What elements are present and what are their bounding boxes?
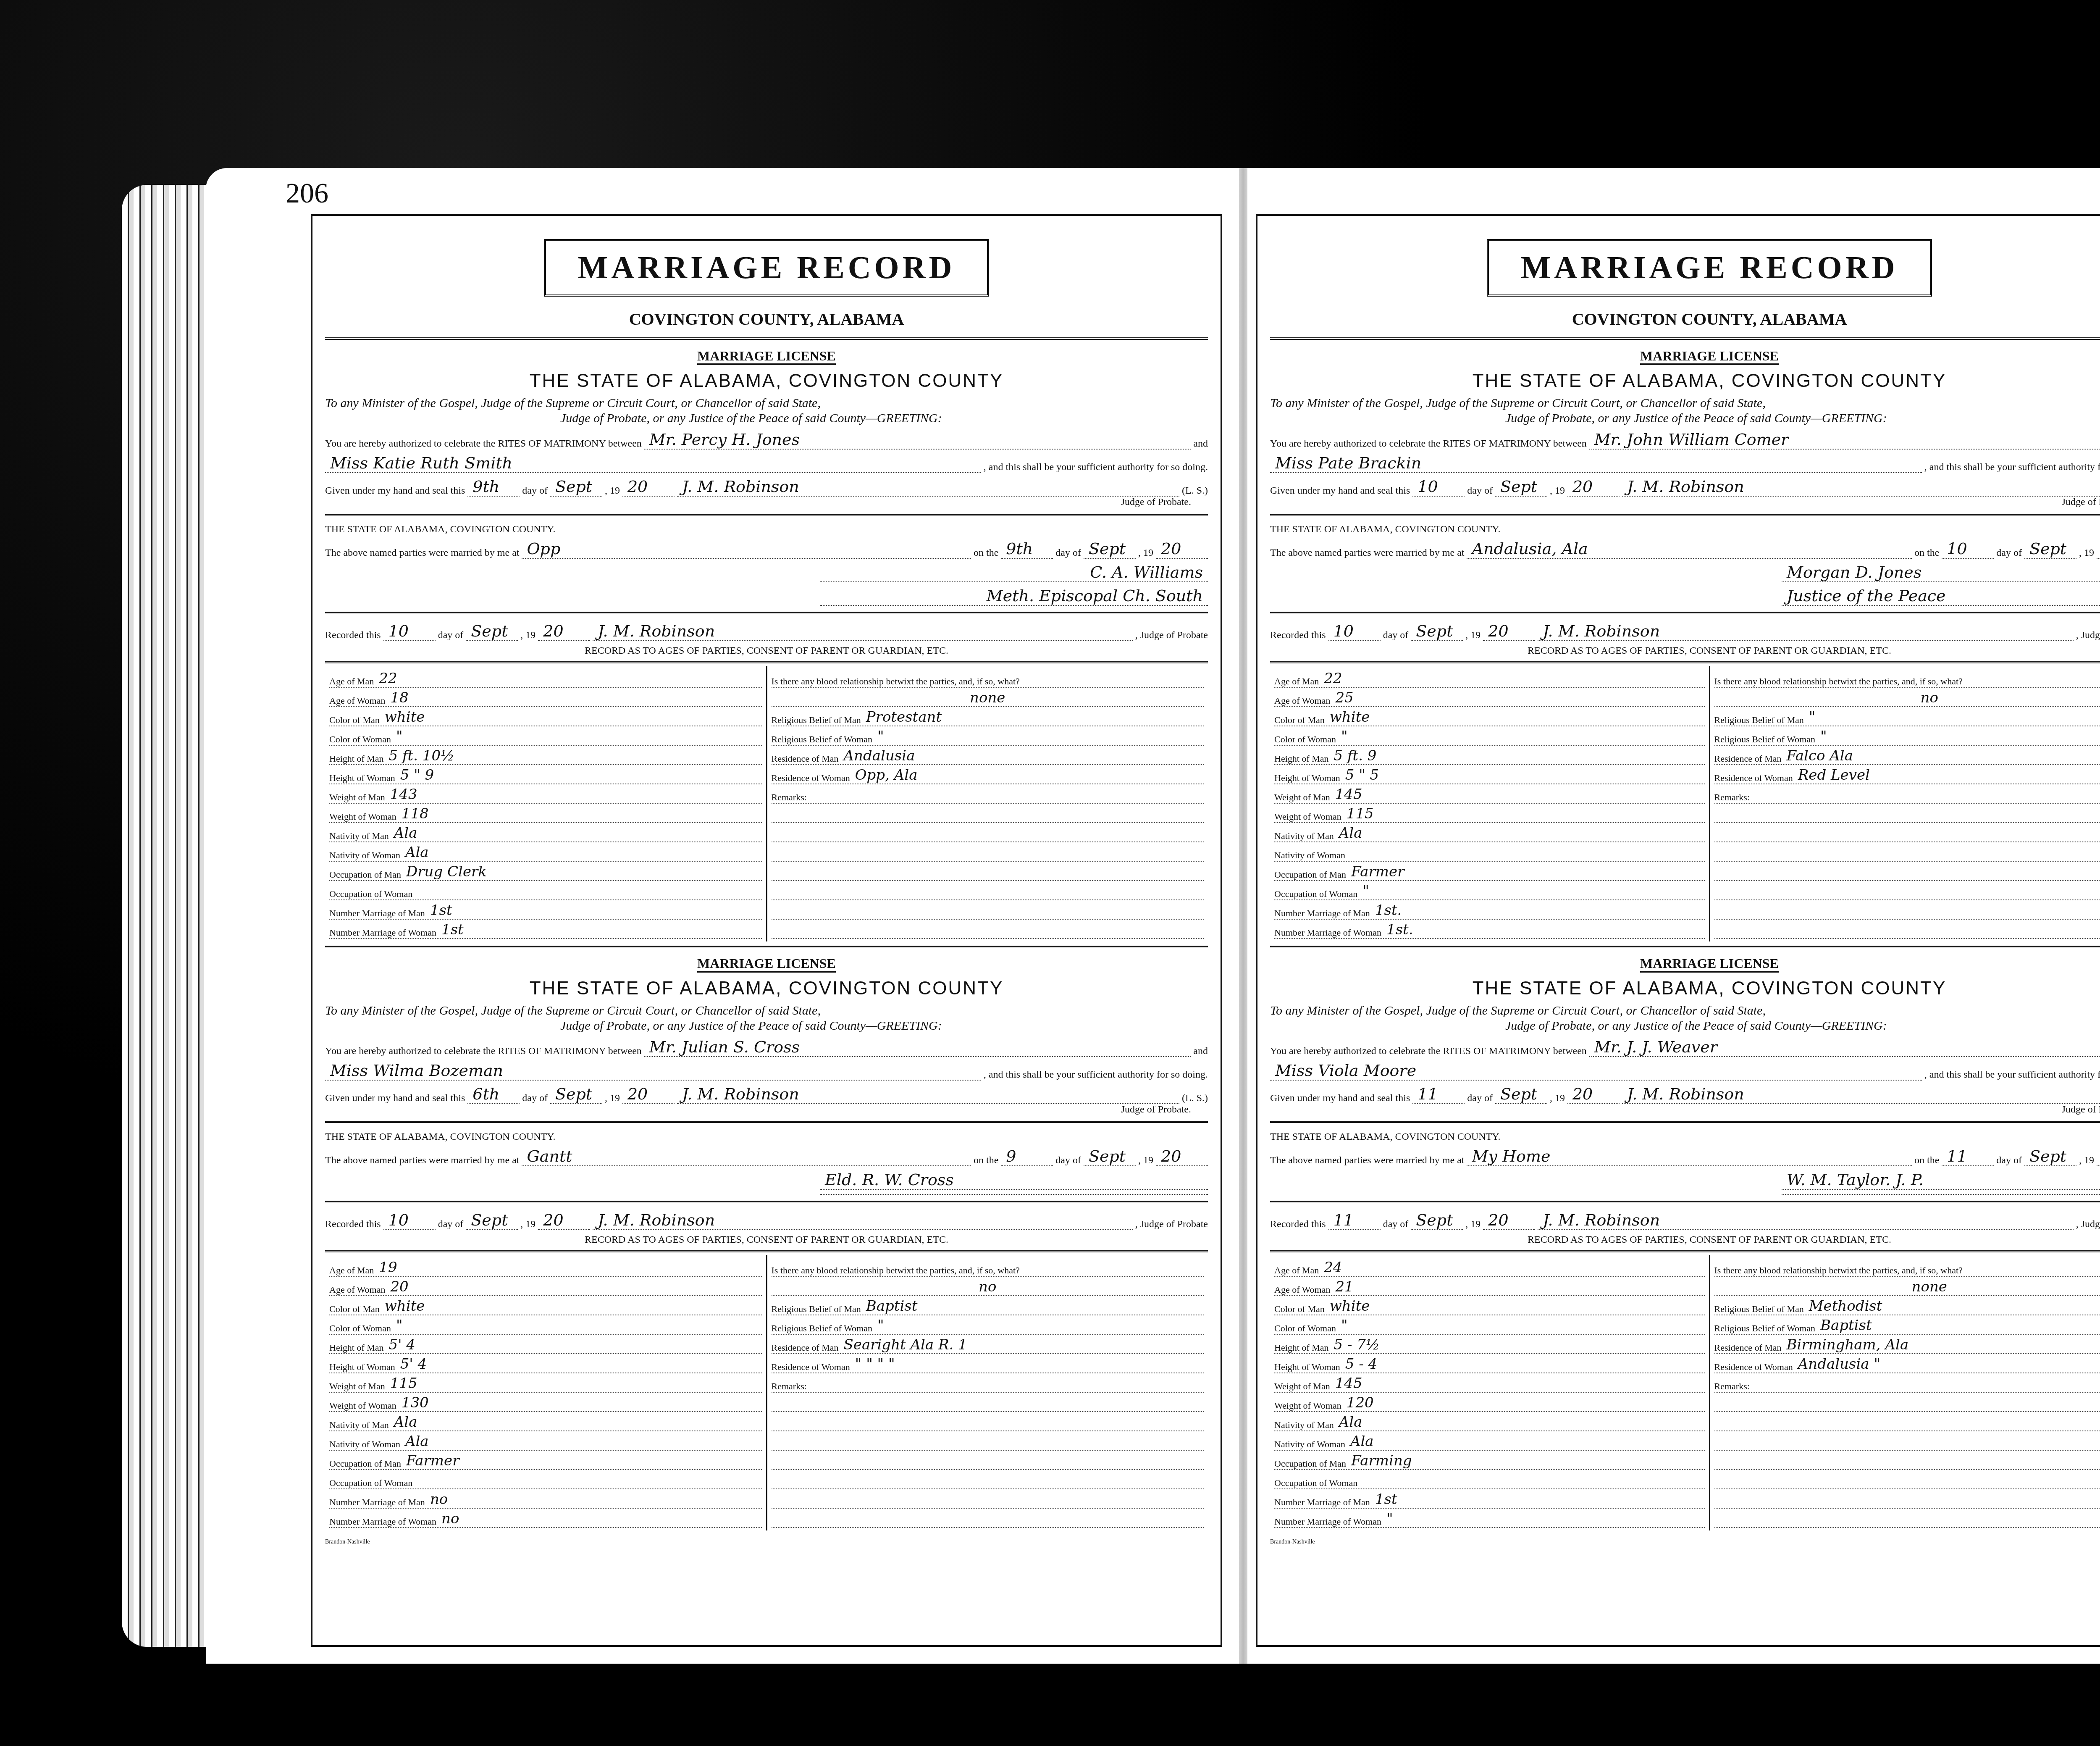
- day-of: day of: [1383, 1219, 1409, 1230]
- left-page-edges: [122, 185, 218, 1647]
- lic-title: MARRIAGE LICENSE: [1270, 956, 2100, 971]
- year-prefix: , 19: [1138, 1155, 1153, 1166]
- f: no: [1714, 688, 2100, 707]
- f: [1714, 1393, 2100, 1412]
- f: Number Marriage of Man1st: [1274, 1489, 1705, 1509]
- nativity-man: Ala: [1339, 825, 1362, 841]
- f: Number Marriage of Woman": [1274, 1509, 1705, 1528]
- f: Nativity of Woman: [1274, 842, 1705, 862]
- marriage-license-record: MARRIAGE LICENSE THE STATE OF ALABAMA, C…: [1270, 348, 2100, 941]
- marriage-record-form: MARRIAGE RECORD COVINGTON COUNTY, ALABAM…: [1256, 214, 2100, 1647]
- f: Occupation of ManFarmer: [329, 1451, 762, 1470]
- greet: To any Minister of the Gospel, Judge of …: [325, 1003, 1208, 1033]
- day-of: day of: [1467, 485, 1493, 497]
- license-year: 20: [1567, 1085, 1620, 1104]
- greeting-line2: Judge of Probate, or any Justice of the …: [1270, 1018, 2100, 1033]
- greeting-line2: Judge of Probate, or any Justice of the …: [1270, 411, 2100, 426]
- printer: Brandon-Nashville: [1270, 1539, 2100, 1546]
- judge-probate2: , Judge of Probate: [1135, 1219, 1208, 1230]
- year-prefix: , 19: [520, 1219, 535, 1230]
- residence-man: Birmingham, Ala: [1787, 1336, 1909, 1353]
- nativity-man: Nativity of Man: [1274, 1420, 1334, 1430]
- occupation-man: Occupation of Man: [1274, 1458, 1346, 1469]
- recorded-day: 10: [383, 1211, 436, 1230]
- on-the: on the: [1914, 547, 1939, 559]
- officiant-title: [1782, 1194, 2100, 1195]
- county-header: COVINGTON COUNTY, ALABAMA: [325, 309, 1208, 340]
- f: [1714, 823, 2100, 842]
- judge: J. M. Robinson: [1622, 1085, 2100, 1104]
- f: [772, 862, 1204, 881]
- day-of: day of: [1055, 547, 1081, 559]
- height-man: Height of Man: [1274, 1342, 1329, 1353]
- f: Nativity of ManAla: [329, 1412, 762, 1431]
- license-month: Sept: [1495, 477, 1547, 497]
- f: Religious Belief of Woman": [772, 1315, 1204, 1335]
- f: Religious Belief of Woman": [772, 726, 1204, 746]
- number-marriage-man: 1st: [430, 902, 452, 919]
- state-header: THE STATE OF ALABAMA, COVINGTON COUNTY: [1270, 978, 2100, 999]
- greeting-line1: To any Minister of the Gospel, Judge of …: [1270, 1003, 2100, 1018]
- residence-man: Residence of Man: [772, 1342, 839, 1353]
- nativity-woman: Ala: [1350, 1433, 1374, 1450]
- married-day: 9: [1001, 1147, 1053, 1166]
- nativity-woman: Nativity of Woman: [329, 850, 400, 861]
- license-year: 20: [622, 1085, 675, 1104]
- remarks: Remarks:: [1714, 792, 1750, 803]
- year-prefix: , 19: [1550, 1093, 1565, 1104]
- f: Height of Woman5' 4: [329, 1354, 762, 1373]
- license-year: 20: [1567, 477, 1620, 497]
- form-title: MARRIAGE RECORD: [1487, 239, 1932, 297]
- f: [1714, 1470, 2100, 1489]
- greeting-line2: Judge of Probate, or any Justice of the …: [325, 1018, 1208, 1033]
- recorded-year: 20: [538, 1211, 590, 1230]
- occupation-woman: Occupation of Woman: [1274, 1478, 1357, 1488]
- bride-name: Miss Viola Moore: [1270, 1061, 1922, 1081]
- occupation-woman: Occupation of Woman: [329, 889, 412, 899]
- f: Residence of ManBirmingham, Ala: [1714, 1335, 2100, 1354]
- f: Residence of ManFalco Ala: [1714, 746, 2100, 765]
- f: [1714, 900, 2100, 920]
- row: Given under my hand and seal this6thday …: [325, 1085, 1208, 1104]
- age-man: Age of Man: [329, 676, 374, 687]
- f: Remarks:: [772, 784, 1204, 804]
- recorded-month: Sept: [1411, 1211, 1463, 1230]
- license-title: MARRIAGE LICENSE: [1640, 956, 1779, 973]
- day-of: day of: [522, 485, 548, 497]
- religion-man: Religious Belief of Man: [772, 1304, 861, 1315]
- judge-probate: Judge of Probate.: [1270, 1104, 2100, 1115]
- on-the: on the: [974, 1155, 998, 1166]
- grid: Age of Man22 Age of Woman18 Color of Man…: [325, 666, 1208, 941]
- sec: Recorded this10day ofSept, 1920J. M. Rob…: [325, 1201, 1208, 1230]
- f: Occupation of ManFarming: [1274, 1451, 1705, 1470]
- religion-woman: Religious Belief of Woman: [1714, 734, 1815, 745]
- f: Number Marriage of Womanno: [329, 1509, 762, 1528]
- f: Height of Man5 ft. 10½: [329, 746, 762, 765]
- state-header: THE STATE OF ALABAMA, COVINGTON COUNTY: [325, 978, 1208, 999]
- number-marriage-man: 1st.: [1375, 902, 1402, 919]
- recorded-month: Sept: [466, 622, 518, 641]
- license-month: Sept: [550, 1085, 602, 1104]
- number-marriage-man: Number Marriage of Man: [1274, 1497, 1370, 1508]
- religion-man: Baptist: [866, 1298, 918, 1315]
- number-marriage-woman: no: [441, 1510, 459, 1527]
- married-at: The above named parties were married by …: [1270, 547, 1464, 559]
- nativity-man: Nativity of Man: [329, 1420, 389, 1430]
- county-header: COVINGTON COUNTY, ALABAMA: [1270, 309, 2100, 340]
- bride-name: Miss Pate Brackin: [1270, 454, 1922, 473]
- height-woman: 5 " 5: [1345, 767, 1379, 784]
- authorized: You are hereby authorized to celebrate t…: [1270, 1046, 1587, 1057]
- f: Occupation of ManDrug Clerk: [329, 862, 762, 881]
- f: Religious Belief of Woman": [1714, 726, 2100, 746]
- f: Weight of Man115: [329, 1373, 762, 1393]
- state-header: THE STATE OF ALABAMA, COVINGTON COUNTY: [325, 371, 1208, 392]
- day-of: day of: [1996, 547, 2022, 559]
- f: Residence of ManAndalusia: [772, 746, 1204, 765]
- state-county: THE STATE OF ALABAMA, COVINGTON COUNTY.: [325, 1131, 1208, 1143]
- blood: Is there any blood relationship betwixt …: [772, 1265, 1020, 1276]
- number-marriage-woman: 1st.: [1386, 921, 1413, 938]
- f: Age of Man22: [329, 668, 762, 688]
- ledger-book: 206 MARRIAGE RECORD COVINGTON COUNTY, AL…: [97, 168, 2100, 1664]
- f: [772, 920, 1204, 939]
- number-marriage-woman: ": [1386, 1510, 1393, 1527]
- judge: J. M. Robinson: [1538, 622, 2073, 641]
- marriage-record-form: MARRIAGE RECORD COVINGTON COUNTY, ALABAM…: [311, 214, 1222, 1647]
- record-ages: RECORD AS TO AGES OF PARTIES, CONSENT OF…: [1270, 1234, 2100, 1252]
- groom-name: Mr. Julian S. Cross: [644, 1038, 1191, 1057]
- f: [772, 1412, 1204, 1431]
- religion-man: Religious Belief of Man: [772, 715, 861, 726]
- license-year: 20: [622, 477, 675, 497]
- religion-man: Protestant: [866, 709, 942, 726]
- f: Is there any blood relationship betwixt …: [1714, 1257, 2100, 1277]
- f: [772, 823, 1204, 842]
- row: Given under my hand and seal this10day o…: [1270, 477, 2100, 497]
- f: Number Marriage of Woman1st: [329, 920, 762, 939]
- grid: Age of Man22 Age of Woman25 Color of Man…: [1270, 666, 2100, 941]
- residence-woman: Residence of Woman: [772, 773, 850, 784]
- judge-probate: Judge of Probate.: [325, 497, 1208, 508]
- f: Nativity of ManAla: [1274, 823, 1705, 842]
- age-woman: Age of Woman: [1274, 695, 1330, 706]
- f: Color of Manwhite: [1274, 707, 1705, 726]
- sec: THE STATE OF ALABAMA, COVINGTON COUNTY. …: [1270, 514, 2100, 606]
- f: Weight of Man143: [329, 784, 762, 804]
- occupation-woman: ": [1362, 883, 1369, 899]
- married-year: 20: [2097, 1147, 2100, 1166]
- married-day: 11: [1942, 1147, 1994, 1166]
- f: [1714, 1509, 2100, 1528]
- blood: Is there any blood relationship betwixt …: [1714, 676, 1963, 687]
- bride-name: Miss Wilma Bozeman: [325, 1061, 981, 1081]
- f: Weight of Woman120: [1274, 1393, 1705, 1412]
- f: [1714, 804, 2100, 823]
- col: Age of Man19 Age of Woman20 Color of Man…: [325, 1255, 767, 1530]
- f: [772, 1509, 1204, 1528]
- f: Age of Woman21: [1274, 1277, 1705, 1296]
- f: Weight of Man145: [1274, 784, 1705, 804]
- printer-imprint: Brandon-Nashville: [325, 1539, 1208, 1546]
- f: Age of Woman25: [1274, 688, 1705, 707]
- number-marriage-woman: 1st: [441, 921, 464, 938]
- row: Given under my hand and seal this9thday …: [325, 477, 1208, 497]
- f: Weight of Woman118: [329, 804, 762, 823]
- nativity-man: Ala: [1339, 1414, 1362, 1430]
- f: Religious Belief of Man": [1714, 707, 2100, 726]
- f: [1714, 862, 2100, 881]
- nativity-woman: Nativity of Woman: [1274, 1439, 1345, 1450]
- greet: To any Minister of the Gospel, Judge of …: [1270, 1003, 2100, 1033]
- relationship-details: Is there any blood relationship betwixt …: [767, 666, 1208, 941]
- f: no: [772, 1277, 1204, 1296]
- ls: (L. S.): [1182, 1093, 1208, 1104]
- f: Residence of Woman" " " ": [772, 1354, 1204, 1373]
- f: Age of Man24: [1274, 1257, 1705, 1277]
- sufficient: , and this shall be your sufficient auth…: [1924, 462, 2100, 473]
- form-title: MARRIAGE RECORD: [544, 239, 989, 297]
- color-man: Color of Man: [329, 715, 380, 726]
- occupation-man: Occupation of Man: [1274, 869, 1346, 880]
- number-marriage-man: no: [430, 1491, 448, 1508]
- color-man: Color of Man: [1274, 715, 1325, 726]
- year-prefix: , 19: [605, 485, 620, 497]
- religion-man: Religious Belief of Man: [1714, 1304, 1804, 1315]
- sufficient: , and this shall be your sufficient auth…: [984, 462, 1208, 473]
- and: and: [1193, 1046, 1208, 1057]
- row: Miss Katie Ruth Smith, and this shall be…: [325, 454, 1208, 473]
- f: Height of Woman5 " 5: [1274, 765, 1705, 784]
- f: Color of Woman": [329, 1315, 762, 1335]
- blood: none: [1912, 1278, 1947, 1295]
- married-year: 20: [1156, 1147, 1208, 1166]
- f: Is there any blood relationship betwixt …: [1714, 668, 2100, 688]
- given: Given under my hand and seal this: [1270, 1093, 1410, 1104]
- weight-woman: Weight of Woman: [1274, 1400, 1341, 1411]
- remarks: Remarks:: [1714, 1381, 1750, 1392]
- religion-woman: ": [877, 728, 884, 745]
- col: Is there any blood relationship betwixt …: [767, 1255, 1208, 1530]
- license-title: MARRIAGE LICENSE: [697, 348, 836, 365]
- f: Height of Man5 ft. 9: [1274, 746, 1705, 765]
- license-day: 11: [1412, 1085, 1465, 1104]
- f: none: [1714, 1277, 2100, 1296]
- married-year: 20: [1156, 539, 1208, 559]
- judge: J. M. Robinson: [677, 1085, 1179, 1104]
- sec: Recorded this11day ofSept, 1920J. M. Rob…: [1270, 1201, 2100, 1230]
- row: Morgan D. Jones: [1270, 563, 2100, 582]
- f: Number Marriage of Man1st: [329, 900, 762, 920]
- left-page: 206 MARRIAGE RECORD COVINGTON COUNTY, AL…: [206, 168, 1239, 1664]
- married-at: The above named parties were married by …: [1270, 1155, 1464, 1166]
- residence-man: Falco Ala: [1787, 747, 1853, 764]
- remarks: Remarks:: [772, 792, 807, 803]
- occupation-man: Drug Clerk: [406, 863, 487, 880]
- f: Nativity of WomanAla: [329, 1431, 762, 1451]
- recorded: Recorded this: [1270, 630, 1326, 641]
- f: Color of Woman": [1274, 726, 1705, 746]
- age-woman: 25: [1335, 689, 1353, 706]
- nativity-man: Ala: [394, 825, 417, 841]
- day-of: day of: [522, 1093, 548, 1104]
- sec: THE STATE OF ALABAMA, COVINGTON COUNTY. …: [325, 1121, 1208, 1195]
- occupation-man: Occupation of Man: [329, 869, 401, 880]
- record-ages: RECORD AS TO AGES OF PARTIES, CONSENT OF…: [325, 1234, 1208, 1252]
- license-day: 10: [1412, 477, 1465, 497]
- residence-man: Residence of Man: [1714, 753, 1782, 764]
- year-prefix: , 19: [2079, 1155, 2094, 1166]
- f: Height of Woman5 - 4: [1274, 1354, 1705, 1373]
- f: Residence of ManSearight Ala R. 1: [772, 1335, 1204, 1354]
- lic-title: MARRIAGE LICENSE: [325, 956, 1208, 971]
- authorized: You are hereby authorized to celebrate t…: [325, 1046, 642, 1057]
- height-man: Height of Man: [329, 753, 384, 764]
- height-man: 5 - 7½: [1334, 1336, 1380, 1353]
- sec: THE STATE OF ALABAMA, COVINGTON COUNTY. …: [1270, 1121, 2100, 1195]
- f: [772, 1470, 1204, 1489]
- age-man: Age of Man: [329, 1265, 374, 1276]
- number-marriage-woman: Number Marriage of Woman: [329, 1516, 436, 1527]
- number-marriage-woman: Number Marriage of Woman: [1274, 1516, 1381, 1527]
- year-prefix: , 19: [1465, 630, 1480, 641]
- residence-woman: Red Level: [1798, 767, 1870, 784]
- day-of: day of: [1055, 1155, 1081, 1166]
- f: Remarks:: [1714, 784, 2100, 804]
- f: Remarks:: [772, 1373, 1204, 1393]
- year-prefix: , 19: [2079, 547, 2094, 559]
- f: [772, 842, 1204, 862]
- greeting-line1: To any Minister of the Gospel, Judge of …: [325, 396, 1208, 411]
- judge-probate: Judge of Probate.: [325, 1104, 1208, 1115]
- religion-woman: Religious Belief of Woman: [772, 734, 872, 745]
- married-at: The above named parties were married by …: [325, 1155, 519, 1166]
- year-prefix: , 19: [1465, 1219, 1480, 1230]
- greeting-line2: Judge of Probate, or any Justice of the …: [325, 411, 1208, 426]
- row: Given under my hand and seal this11day o…: [1270, 1085, 2100, 1104]
- col: Is there any blood relationship betwixt …: [1710, 666, 2100, 941]
- f: Age of Woman18: [329, 688, 762, 707]
- f: [1714, 920, 2100, 939]
- f: Age of Woman20: [329, 1277, 762, 1296]
- license-day: 6th: [467, 1085, 520, 1104]
- judge-signature: J. M. Robinson: [677, 477, 1179, 497]
- judge: J. M. Robinson: [1538, 1211, 2073, 1230]
- greeting-line1: To any Minister of the Gospel, Judge of …: [325, 1003, 1208, 1018]
- weight-man: 143: [390, 786, 417, 803]
- groom-name: Mr. J. J. Weaver: [1589, 1038, 2100, 1057]
- day-of: day of: [1996, 1155, 2022, 1166]
- judge-probate: Judge of Probate.: [1270, 497, 2100, 508]
- f: [772, 900, 1204, 920]
- row: The above named parties were married by …: [1270, 1147, 2100, 1166]
- married-month: Sept: [1084, 539, 1136, 559]
- nativity-woman: Nativity of Woman: [1274, 850, 1345, 861]
- number-marriage-man: 1st: [1375, 1491, 1397, 1508]
- color-woman: Color of Woman: [1274, 1323, 1336, 1334]
- row: The above named parties were married by …: [1270, 539, 2100, 559]
- f: Occupation of ManFarmer: [1274, 862, 1705, 881]
- officiant-title: Meth. Episcopal Ch. South: [820, 586, 1208, 606]
- right-page: 207 MARRIAGE RECORD COVINGTON COUNTY, AL…: [1247, 168, 2100, 1664]
- f: Weight of Woman130: [329, 1393, 762, 1412]
- row: [1270, 1194, 2100, 1195]
- color-man: Color of Man: [329, 1304, 380, 1315]
- officiant-title: [820, 1194, 1208, 1195]
- f: Number Marriage of Man1st.: [1274, 900, 1705, 920]
- marriage-license-record: MARRIAGE LICENSE THE STATE OF ALABAMA, C…: [325, 946, 1208, 1546]
- age-man: 22: [1324, 670, 1342, 687]
- height-woman: 5' 4: [400, 1356, 427, 1373]
- age-woman: 18: [390, 689, 408, 706]
- page-number: 206: [286, 176, 328, 210]
- occupation-man: Farmer: [1351, 863, 1404, 880]
- occupation-man: Occupation of Man: [329, 1458, 401, 1469]
- groom-name: Mr. John William Comer: [1589, 430, 2100, 450]
- occupation-man: Farmer: [406, 1452, 459, 1469]
- recorded: Recorded this: [1270, 1219, 1326, 1230]
- f: Nativity of WomanAla: [329, 842, 762, 862]
- color-man: white: [385, 1298, 425, 1315]
- f: [772, 804, 1204, 823]
- grid: Age of Man19 Age of Woman20 Color of Man…: [325, 1255, 1208, 1530]
- f: [1714, 1489, 2100, 1509]
- color-man: white: [385, 709, 425, 726]
- age-man: 19: [379, 1259, 397, 1276]
- row: You are hereby authorized to celebrate t…: [325, 1038, 1208, 1057]
- col: Is there any blood relationship betwixt …: [1710, 1255, 2100, 1530]
- row: Recorded this10day ofSept, 1920J. M. Rob…: [1270, 622, 2100, 641]
- year-prefix: , 19: [1138, 547, 1153, 559]
- marriage-license-record: MARRIAGE LICENSE THE STATE OF ALABAMA, C…: [325, 348, 1208, 941]
- row: You are hereby authorized to celebrate t…: [325, 430, 1208, 450]
- day-of: day of: [1467, 1093, 1493, 1104]
- married-month: Sept: [2024, 539, 2076, 559]
- authorized: You are hereby authorized to celebrate t…: [1270, 438, 1587, 450]
- weight-man: 145: [1335, 1375, 1362, 1392]
- f: Weight of Woman115: [1274, 804, 1705, 823]
- sufficient: , and this shall be your sufficient auth…: [1924, 1069, 2100, 1081]
- col: Age of Man24 Age of Woman21 Color of Man…: [1270, 1255, 1710, 1530]
- age-man: Age of Man: [1274, 676, 1319, 687]
- license-title: MARRIAGE LICENSE: [1640, 348, 1779, 365]
- married-year: 20: [2097, 539, 2100, 559]
- color-woman: ": [1341, 728, 1348, 745]
- given: Given under my hand and seal this: [325, 485, 465, 497]
- officiant: C. A. Williams: [820, 563, 1208, 582]
- license-day: 9th: [467, 477, 520, 497]
- f: [772, 1451, 1204, 1470]
- f: Weight of Man145: [1274, 1373, 1705, 1393]
- row: Recorded this10day ofSept, 1920J. M. Rob…: [325, 622, 1208, 641]
- height-man: 5' 4: [389, 1336, 415, 1353]
- record-ages: RECORD AS TO AGES OF PARTIES, CONSENT OF…: [1270, 645, 2100, 663]
- religion-woman: Religious Belief of Woman: [772, 1323, 872, 1334]
- married-month: Sept: [2024, 1147, 2076, 1166]
- f: Residence of WomanAndalusia ": [1714, 1354, 2100, 1373]
- f: Color of Manwhite: [1274, 1296, 1705, 1315]
- judge: J. M. Robinson: [593, 1211, 1132, 1230]
- year-prefix: , 19: [520, 630, 535, 641]
- blood: none: [970, 689, 1005, 706]
- row: Miss Viola Moore, and this shall be your…: [1270, 1061, 2100, 1081]
- given: Given under my hand and seal this: [325, 1093, 465, 1104]
- residence-woman: Opp, Ala: [855, 767, 918, 784]
- nativity-woman: Ala: [405, 1433, 429, 1450]
- year-prefix: , 19: [1550, 485, 1565, 497]
